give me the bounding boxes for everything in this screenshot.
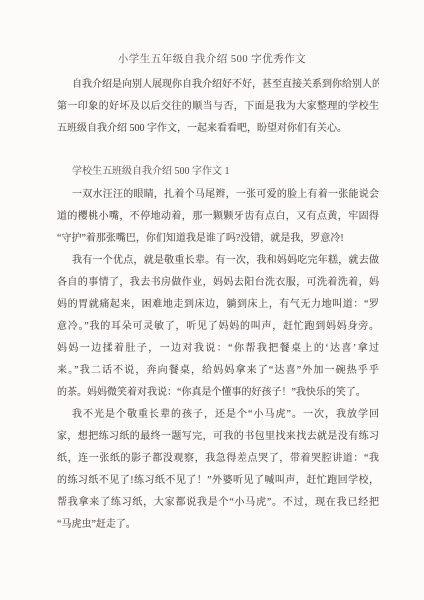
text-line: 妈妈一边揉着肚子，一边对我说：“你帮我把餐桌上的‘达喜’拿过 [57, 338, 379, 360]
text-line: 自我介绍是向别人展现你自我介绍好不好，甚至直接关系到你给别人的 [57, 74, 379, 96]
intro-paragraph: 自我介绍是向别人展现你自我介绍好不好，甚至直接关系到你给别人的第一印象的好坏及以… [57, 74, 379, 140]
text-line: 妈的胃就痛起来，困难地走到床边，躺到床上，有气无力地叫道：“罗 [57, 294, 379, 316]
text-line: 五班级自我介绍 500 字作文，一起来看看吧，盼望对你们有关心。 [57, 118, 379, 140]
text-line: 的茶。妈妈微笑着对我说：“你真是个懂事的好孩子！”我快乐的笑了。 [57, 382, 379, 404]
text-line: 各自的事情了，我去书房做作业，妈妈去阳台洗衣服，可洗着洗着，妈 [57, 272, 379, 294]
document-title: 小学生五年级自我介绍 500 字优秀作文 [0, 0, 424, 71]
text-line: 意冷。”我的耳朵可灵敏了，听见了妈妈的叫声，赶忙跑到妈妈身旁。 [57, 316, 379, 338]
text-line: 我有一个优点，就是敬重长辈。有一次，我和妈妈吃完年糕，就去做 [57, 250, 379, 272]
text-line: 我不光是个敬重长辈的孩子，还是个“小马虎”。一次，我放学回 [57, 404, 379, 426]
text-line: 第一印象的好坏及以后交往的顺当与否，下面是我为大家整理的学校生 [57, 96, 379, 118]
document-page: 小学生五年级自我介绍 500 字优秀作文 自我介绍是向别人展现你自我介绍好不好，… [0, 0, 424, 600]
text-line: 的练习纸不见了!练习纸不见了！”外婆听见了喊叫声，赶忙跑回学校， [57, 470, 379, 492]
text-line: 来。”我二话不说，奔向餐桌，给妈妈拿来了“达喜”外加一碗热乎乎 [57, 360, 379, 382]
text-line: 道的樱桃小嘴，不停地动着，那一颗颗牙齿有点白，又有点黄，牢固得 [57, 206, 379, 228]
paragraph: 一双水汪汪的眼睛，扎着个马尾辫，一张可爱的脸上有着一张能说会道的樱桃小嘴，不停地… [57, 184, 379, 250]
text-line: “守护”着那张嘴巴，你们知道我是谁了吗?没错，就是我，罗意冷! [57, 228, 379, 250]
section-heading: 学校生五班级自我介绍 500 字作文 1 [57, 161, 379, 183]
text-line: 家，想把练习纸的最终一题写完，可我的书包里找来找去就是没有练习 [57, 426, 379, 448]
paragraph: 我不光是个敬重长辈的孩子，还是个“小马虎”。一次，我放学回家，想把练习纸的最终一… [57, 404, 379, 536]
text-line: 一双水汪汪的眼睛，扎着个马尾辫，一张可爱的脸上有着一张能说会 [57, 184, 379, 206]
essay-body: 一双水汪汪的眼睛，扎着个马尾辫，一张可爱的脸上有着一张能说会道的樱桃小嘴，不停地… [57, 184, 379, 536]
paragraph: 我有一个优点，就是敬重长辈。有一次，我和妈妈吃完年糕，就去做各自的事情了，我去书… [57, 250, 379, 404]
text-line: 帮我拿来了练习纸，大家都说我是个“小马虎”。不过，现在我已经把 [57, 492, 379, 514]
text-line: “马虎虫”赶走了。 [57, 514, 379, 536]
text-line: 纸，连一张纸的影子都没观察，我急得差点哭了，带着哭腔讲道：“我 [57, 448, 379, 470]
